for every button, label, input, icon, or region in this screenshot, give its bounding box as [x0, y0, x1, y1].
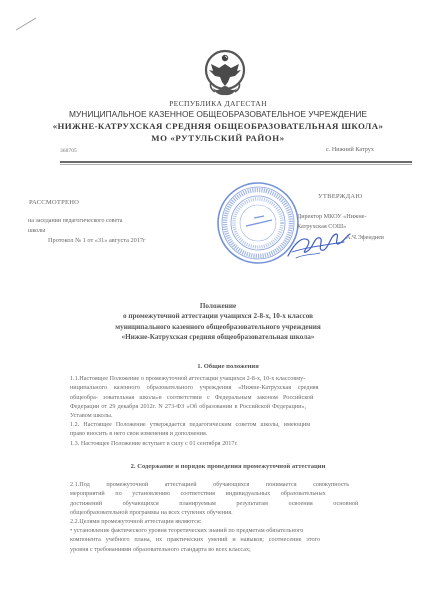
- director-signature-icon: [284, 222, 354, 260]
- document-title: Положение: [0, 302, 436, 310]
- text-line: общеобра- зовательная школа»в соответств…: [70, 393, 368, 402]
- considered-line: на заседании педагогического совета: [28, 218, 122, 224]
- section-heading-general: 1. Общие положения: [10, 363, 436, 370]
- bullet-item: • установление фактического уровня теоре…: [70, 526, 368, 554]
- text-line: 2.1.Под промежуточной аттестацией обучаю…: [70, 480, 368, 489]
- text-line: 1.2. Настоящее Положение утверждается пе…: [70, 420, 368, 429]
- paragraph-1-2: 1.2. Настоящее Положение утверждается пе…: [70, 420, 368, 439]
- pencil-mark-icon: [14, 16, 38, 32]
- document-subtitle: муниципального казенного общеобразовател…: [0, 323, 436, 331]
- scanned-document-page: РЕСПУБЛИКА ДАГЕСТАН МУНИЦИПАЛЬНОЕ КАЗЕНН…: [0, 0, 436, 600]
- approved-heading: УТВЕРЖДАЮ: [318, 193, 362, 200]
- paragraph-1-3: 1.3. Настоящее Положение вступает в силу…: [70, 439, 368, 448]
- text-line: достижений обучающихся планируемым резул…: [70, 499, 368, 508]
- letterhead-district: МО «РУТУЛЬСКИЙ РАЙОН»: [0, 133, 436, 143]
- director-title-line: Директор МКОУ «Нижне-: [297, 213, 366, 220]
- section-heading-content: 2. Содержание и порядок проведения проме…: [10, 463, 436, 470]
- dagestan-coat-of-arms-icon: [203, 48, 247, 98]
- paragraph-2-2: 2.2.Целями промежуточной аттестации явля…: [70, 517, 368, 526]
- letterhead-divider-thin: [60, 164, 412, 165]
- text-line: Федерации от 29 декабря 2012г. N 273-ФЗ …: [70, 402, 368, 411]
- text-line: ниципального казенного образовательного …: [70, 383, 368, 392]
- considered-line: школы: [28, 228, 45, 234]
- document-subtitle: о промежуточной аттестации учащихся 2-8-…: [0, 312, 436, 320]
- text-line: компонента учебного плана, их практическ…: [70, 535, 368, 544]
- text-line: 1.3. Настоящее Положение вступает в силу…: [70, 439, 368, 448]
- document-subtitle: «Нижне-Катрухская средняя общеобразовате…: [0, 333, 436, 341]
- text-line: 1.1.Настоящее Положение о промежуточной …: [70, 374, 368, 383]
- text-line: право вносить в него свои изменения и до…: [70, 429, 368, 438]
- text-line: уровня с требованиями образовательного с…: [70, 545, 368, 554]
- text-line: общеобразовательной программы на всех ст…: [70, 508, 368, 517]
- village-name: с. Нижний Катрух: [326, 146, 374, 153]
- letterhead-school-name: «НИЖНЕ-КАТРУХСКАЯ СРЕДНЯЯ ОБЩЕОБРАЗОВАТЕ…: [0, 121, 436, 131]
- text-line: 2.2.Целями промежуточной аттестации явля…: [70, 517, 368, 526]
- letterhead-institution-type: МУНИЦИПАЛЬНОЕ КАЗЕННОЕ ОБЩЕОБРАЗОВАТЕЛЬН…: [0, 109, 436, 119]
- postcode: 368705: [60, 148, 77, 154]
- paragraph-2-1: 2.1.Под промежуточной аттестацией обучаю…: [70, 480, 368, 517]
- paragraph-1-1: 1.1.Настоящее Положение о промежуточной …: [70, 374, 368, 420]
- letterhead-republic: РЕСПУБЛИКА ДАГЕСТАН: [0, 99, 436, 108]
- text-line: мероприятий по установлению соответствия…: [70, 489, 368, 498]
- protocol-line: Протокол № 1 от «31» августа 2017г: [48, 237, 146, 244]
- text-line: • установление фактического уровня теоре…: [70, 526, 368, 535]
- considered-heading: РАССМОТРЕНО: [29, 199, 79, 206]
